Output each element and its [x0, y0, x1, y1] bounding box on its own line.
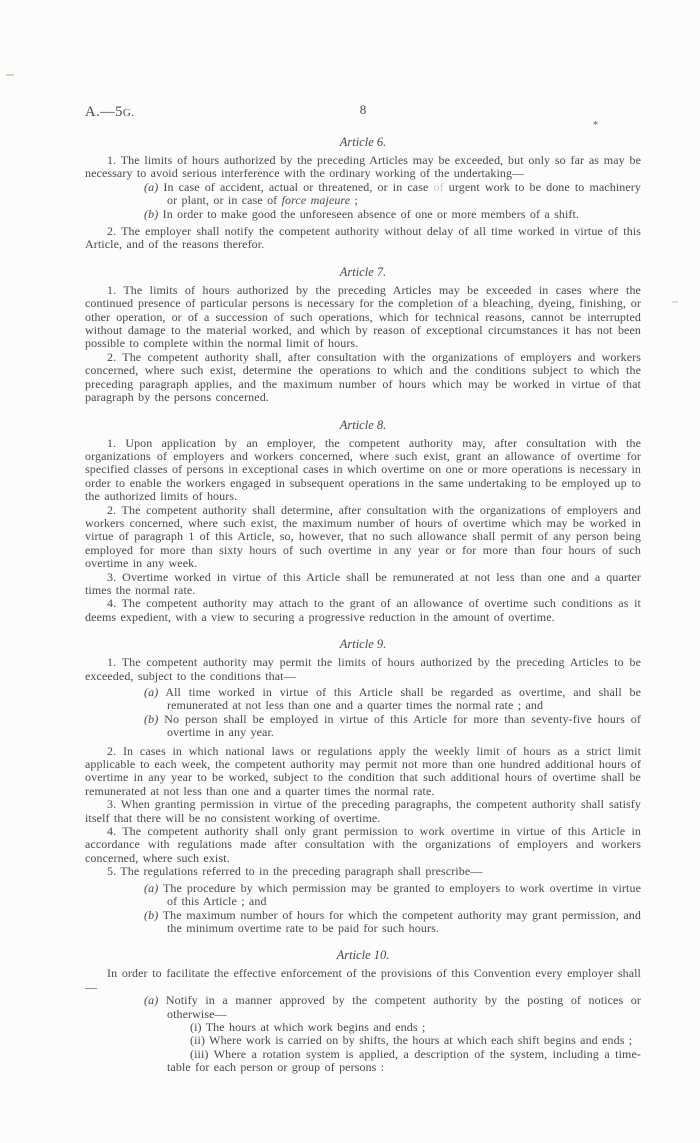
- page-header: A.—5G. 8: [85, 104, 641, 122]
- article-6-paragraph-1: 1. The limits of hours authorized by the…: [85, 154, 641, 181]
- article-8-paragraph-2: 2. The competent authority shall determi…: [85, 504, 641, 571]
- article-10: Article 10. In order to facilitate the e…: [85, 948, 641, 1074]
- article-6: Article 6. 1. The limits of hours author…: [85, 135, 641, 252]
- item-text: All time worked in virtue of this Articl…: [165, 685, 641, 712]
- article-8-paragraph-1: 1. Upon application by an employer, the …: [85, 437, 641, 504]
- item-text: The maximum number of hours for which th…: [163, 908, 641, 935]
- item-text: In order to make good the unforeseen abs…: [163, 207, 579, 221]
- article-6-title: Article 6.: [85, 135, 641, 149]
- text-column: A.—5G. 8 Article 6. 1. The limits of hou…: [85, 104, 641, 1075]
- item-text: In case of accident, actual or threatene…: [163, 180, 428, 194]
- article-8: Article 8. 1. Upon application by an emp…: [85, 418, 641, 625]
- subitem-label: (i): [190, 1020, 202, 1034]
- article-9: Article 9. 1. The competent authority ma…: [85, 637, 641, 935]
- article-9-item-a2: (a) The procedure by which permission ma…: [167, 882, 641, 909]
- article-10-subitem-iii: (iii) Where a rotation system is applied…: [167, 1048, 641, 1075]
- article-10-title: Article 10.: [85, 948, 641, 962]
- scan-artifact-dash-left: [6, 74, 14, 76]
- article-9-paragraph-1: 1. The competent authority may permit th…: [85, 656, 641, 683]
- item-label: (b): [144, 207, 158, 221]
- item-text: ;: [350, 193, 358, 207]
- item-label: (b): [144, 908, 158, 922]
- item-label: (a): [144, 180, 158, 194]
- subitem-text: Where work is carried on by shifts, the …: [209, 1033, 632, 1047]
- article-9-item-b2: (b) The maximum number of hours for whic…: [167, 909, 641, 936]
- page-number: 8: [85, 102, 641, 118]
- subitem-text: Where a rotation system is applied, a de…: [167, 1047, 641, 1074]
- subitem-label: (ii): [190, 1033, 205, 1047]
- article-10-subitem-ii: (ii) Where work is carried on by shifts,…: [167, 1034, 641, 1047]
- article-10-intro: In order to facilitate the effective enf…: [85, 967, 641, 994]
- subitem-label: (iii): [190, 1047, 209, 1061]
- article-6-item-b: (b) In order to make good the unforeseen…: [167, 208, 641, 221]
- article-7: Article 7. 1. The limits of hours author…: [85, 265, 641, 405]
- article-10-subitem-i: (i) The hours at which work begins and e…: [167, 1021, 641, 1034]
- article-7-paragraph-2: 2. The competent authority shall, after …: [85, 351, 641, 405]
- scan-artifact-dash-right: [672, 301, 678, 303]
- item-label: (a): [144, 685, 158, 699]
- article-9-paragraph-2: 2. In cases in which national laws or re…: [85, 745, 641, 799]
- article-9-paragraph-5: 5. The regulations referred to in the pr…: [85, 865, 641, 878]
- article-8-paragraph-4: 4. The competent authority may attach to…: [85, 597, 641, 624]
- article-7-paragraph-1: 1. The limits of hours authorized by the…: [85, 284, 641, 351]
- article-7-title: Article 7.: [85, 265, 641, 279]
- article-9-title: Article 9.: [85, 637, 641, 651]
- item-label: (a): [144, 993, 158, 1007]
- document-page: * A.—5G. 8 Article 6. 1. The limits of h…: [0, 0, 700, 1143]
- item-text: No person shall be employed in virtue of…: [164, 712, 641, 739]
- subitem-text: The hours at which work begins and ends …: [206, 1020, 426, 1034]
- article-9-item-b: (b) No person shall be employed in virtu…: [167, 713, 641, 740]
- article-6-item-a: (a) In case of accident, actual or threa…: [167, 181, 641, 208]
- article-10-item-a: (a) Notify in a manner approved by the c…: [167, 994, 641, 1021]
- article-9-paragraph-3: 3. When granting permission in virtue of…: [85, 798, 641, 825]
- article-8-paragraph-3: 3. Overtime worked in virtue of this Art…: [85, 571, 641, 598]
- item-text-italic: force majeure: [282, 193, 351, 207]
- faint-print-word: of: [433, 180, 443, 194]
- item-label: (b): [144, 712, 158, 726]
- article-9-item-a: (a) All time worked in virtue of this Ar…: [167, 686, 641, 713]
- article-6-paragraph-2: 2. The employer shall notify the compete…: [85, 225, 641, 252]
- article-8-title: Article 8.: [85, 418, 641, 432]
- article-9-paragraph-4: 4. The competent authority shall only gr…: [85, 825, 641, 865]
- item-label: (a): [144, 881, 158, 895]
- item-text: The procedure by which permission may be…: [163, 881, 641, 908]
- item-text: Notify in a manner approved by the compe…: [166, 993, 641, 1020]
